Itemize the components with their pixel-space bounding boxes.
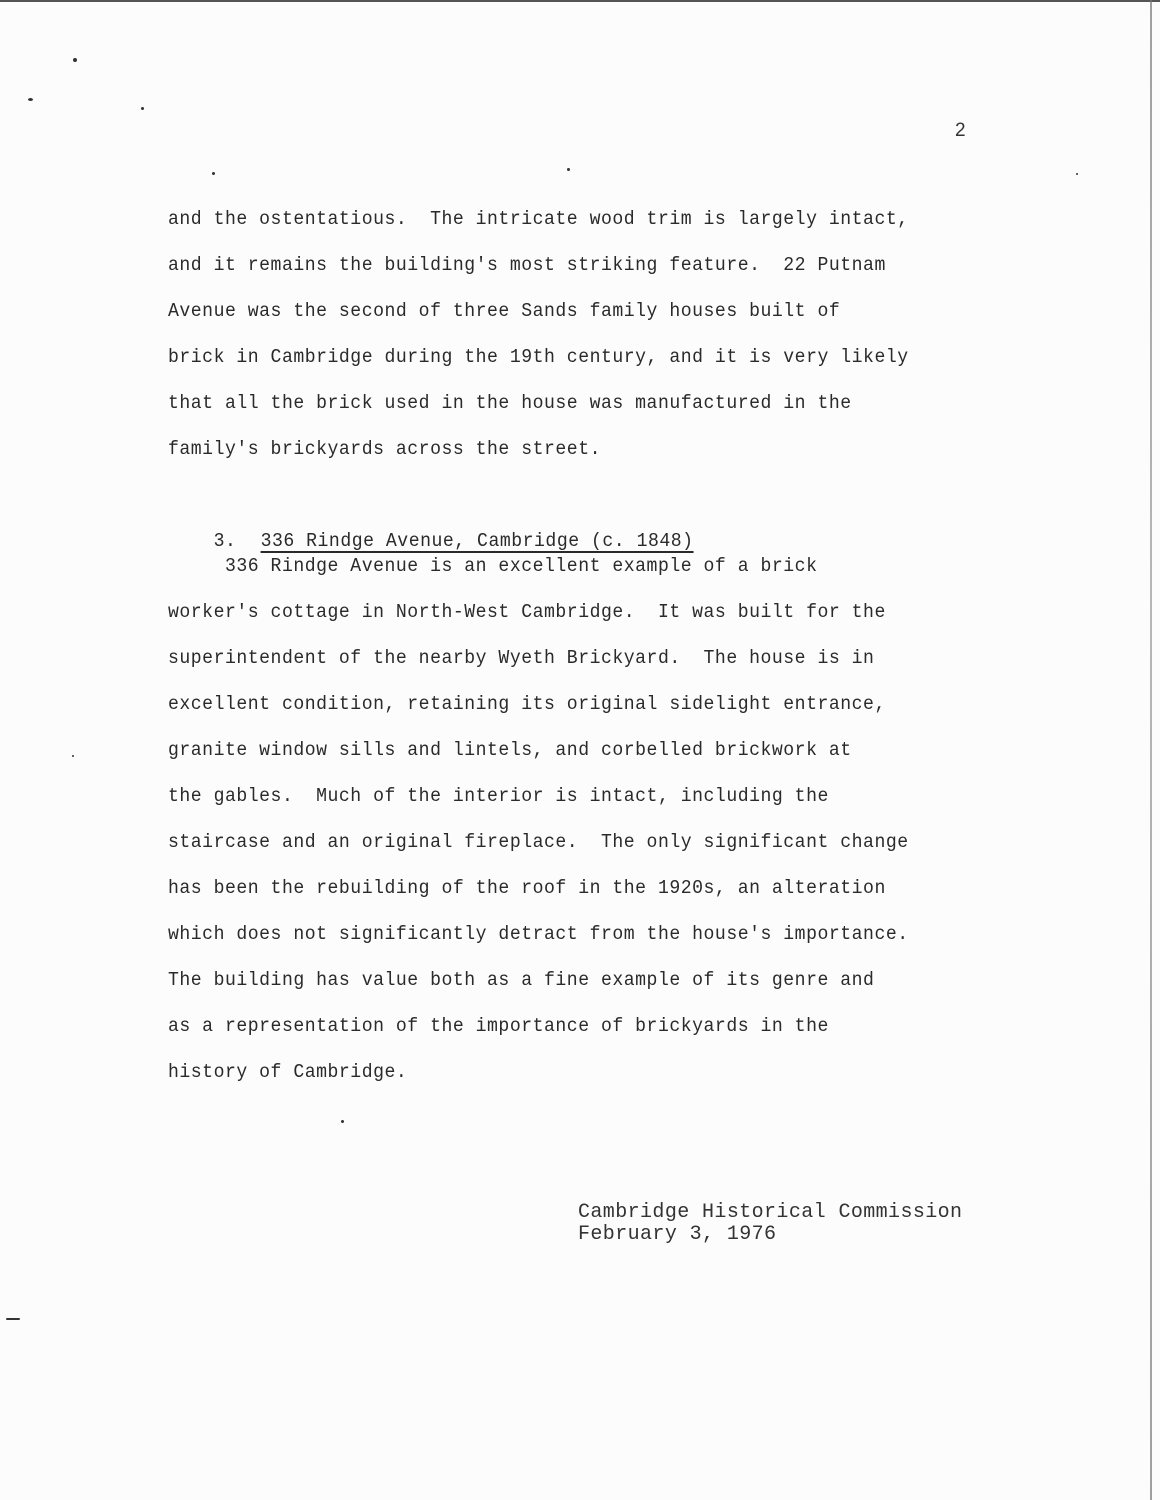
section-number: 3. — [214, 530, 237, 552]
document-page: 2 and the ostentatious. The intricate wo… — [0, 0, 1160, 1500]
text-line: excellent condition, retaining its origi… — [168, 693, 886, 715]
scan-top-edge — [0, 0, 1160, 2]
text-line: has been the rebuilding of the roof in t… — [168, 877, 886, 899]
scan-speck — [341, 1120, 344, 1123]
scan-right-edge — [1150, 0, 1152, 1500]
text-line: staircase and an original fireplace. The… — [168, 831, 909, 853]
text-line: worker's cottage in North-West Cambridge… — [168, 601, 886, 623]
text-line: granite window sills and lintels, and co… — [168, 739, 852, 761]
text-line: superintendent of the nearby Wyeth Brick… — [168, 647, 874, 669]
text-line: and the ostentatious. The intricate wood… — [168, 208, 909, 230]
scan-speck — [212, 172, 215, 175]
signature-block: Cambridge Historical Commission February… — [578, 1202, 962, 1246]
text-line: which does not significantly detract fro… — [168, 923, 909, 945]
signature-date: February 3, 1976 — [578, 1224, 962, 1246]
scan-speck — [141, 107, 144, 110]
text-line: history of Cambridge. — [168, 1061, 407, 1083]
scan-speck — [73, 58, 77, 62]
text-line: The building has value both as a fine ex… — [168, 969, 874, 991]
text-line: family's brickyards across the street. — [168, 438, 601, 460]
text-line: the gables. Much of the interior is inta… — [168, 785, 829, 807]
signature-organization: Cambridge Historical Commission — [578, 1202, 962, 1224]
text-line: 336 Rindge Avenue is an excellent exampl… — [168, 555, 817, 577]
text-line: that all the brick used in the house was… — [168, 392, 852, 414]
scan-speck — [6, 1318, 20, 1320]
text-line: Avenue was the second of three Sands fam… — [168, 300, 840, 322]
page-number: 2 — [955, 120, 966, 142]
text-line: brick in Cambridge during the 19th centu… — [168, 346, 909, 368]
text-line: as a representation of the importance of… — [168, 1015, 829, 1037]
section-title: 336 Rindge Avenue, Cambridge (c. 1848) — [261, 530, 694, 552]
scan-speck — [72, 755, 74, 757]
scan-speck — [1076, 173, 1078, 175]
scan-speck — [28, 98, 33, 101]
scan-speck — [567, 168, 570, 171]
text-line: and it remains the building's most strik… — [168, 254, 886, 276]
